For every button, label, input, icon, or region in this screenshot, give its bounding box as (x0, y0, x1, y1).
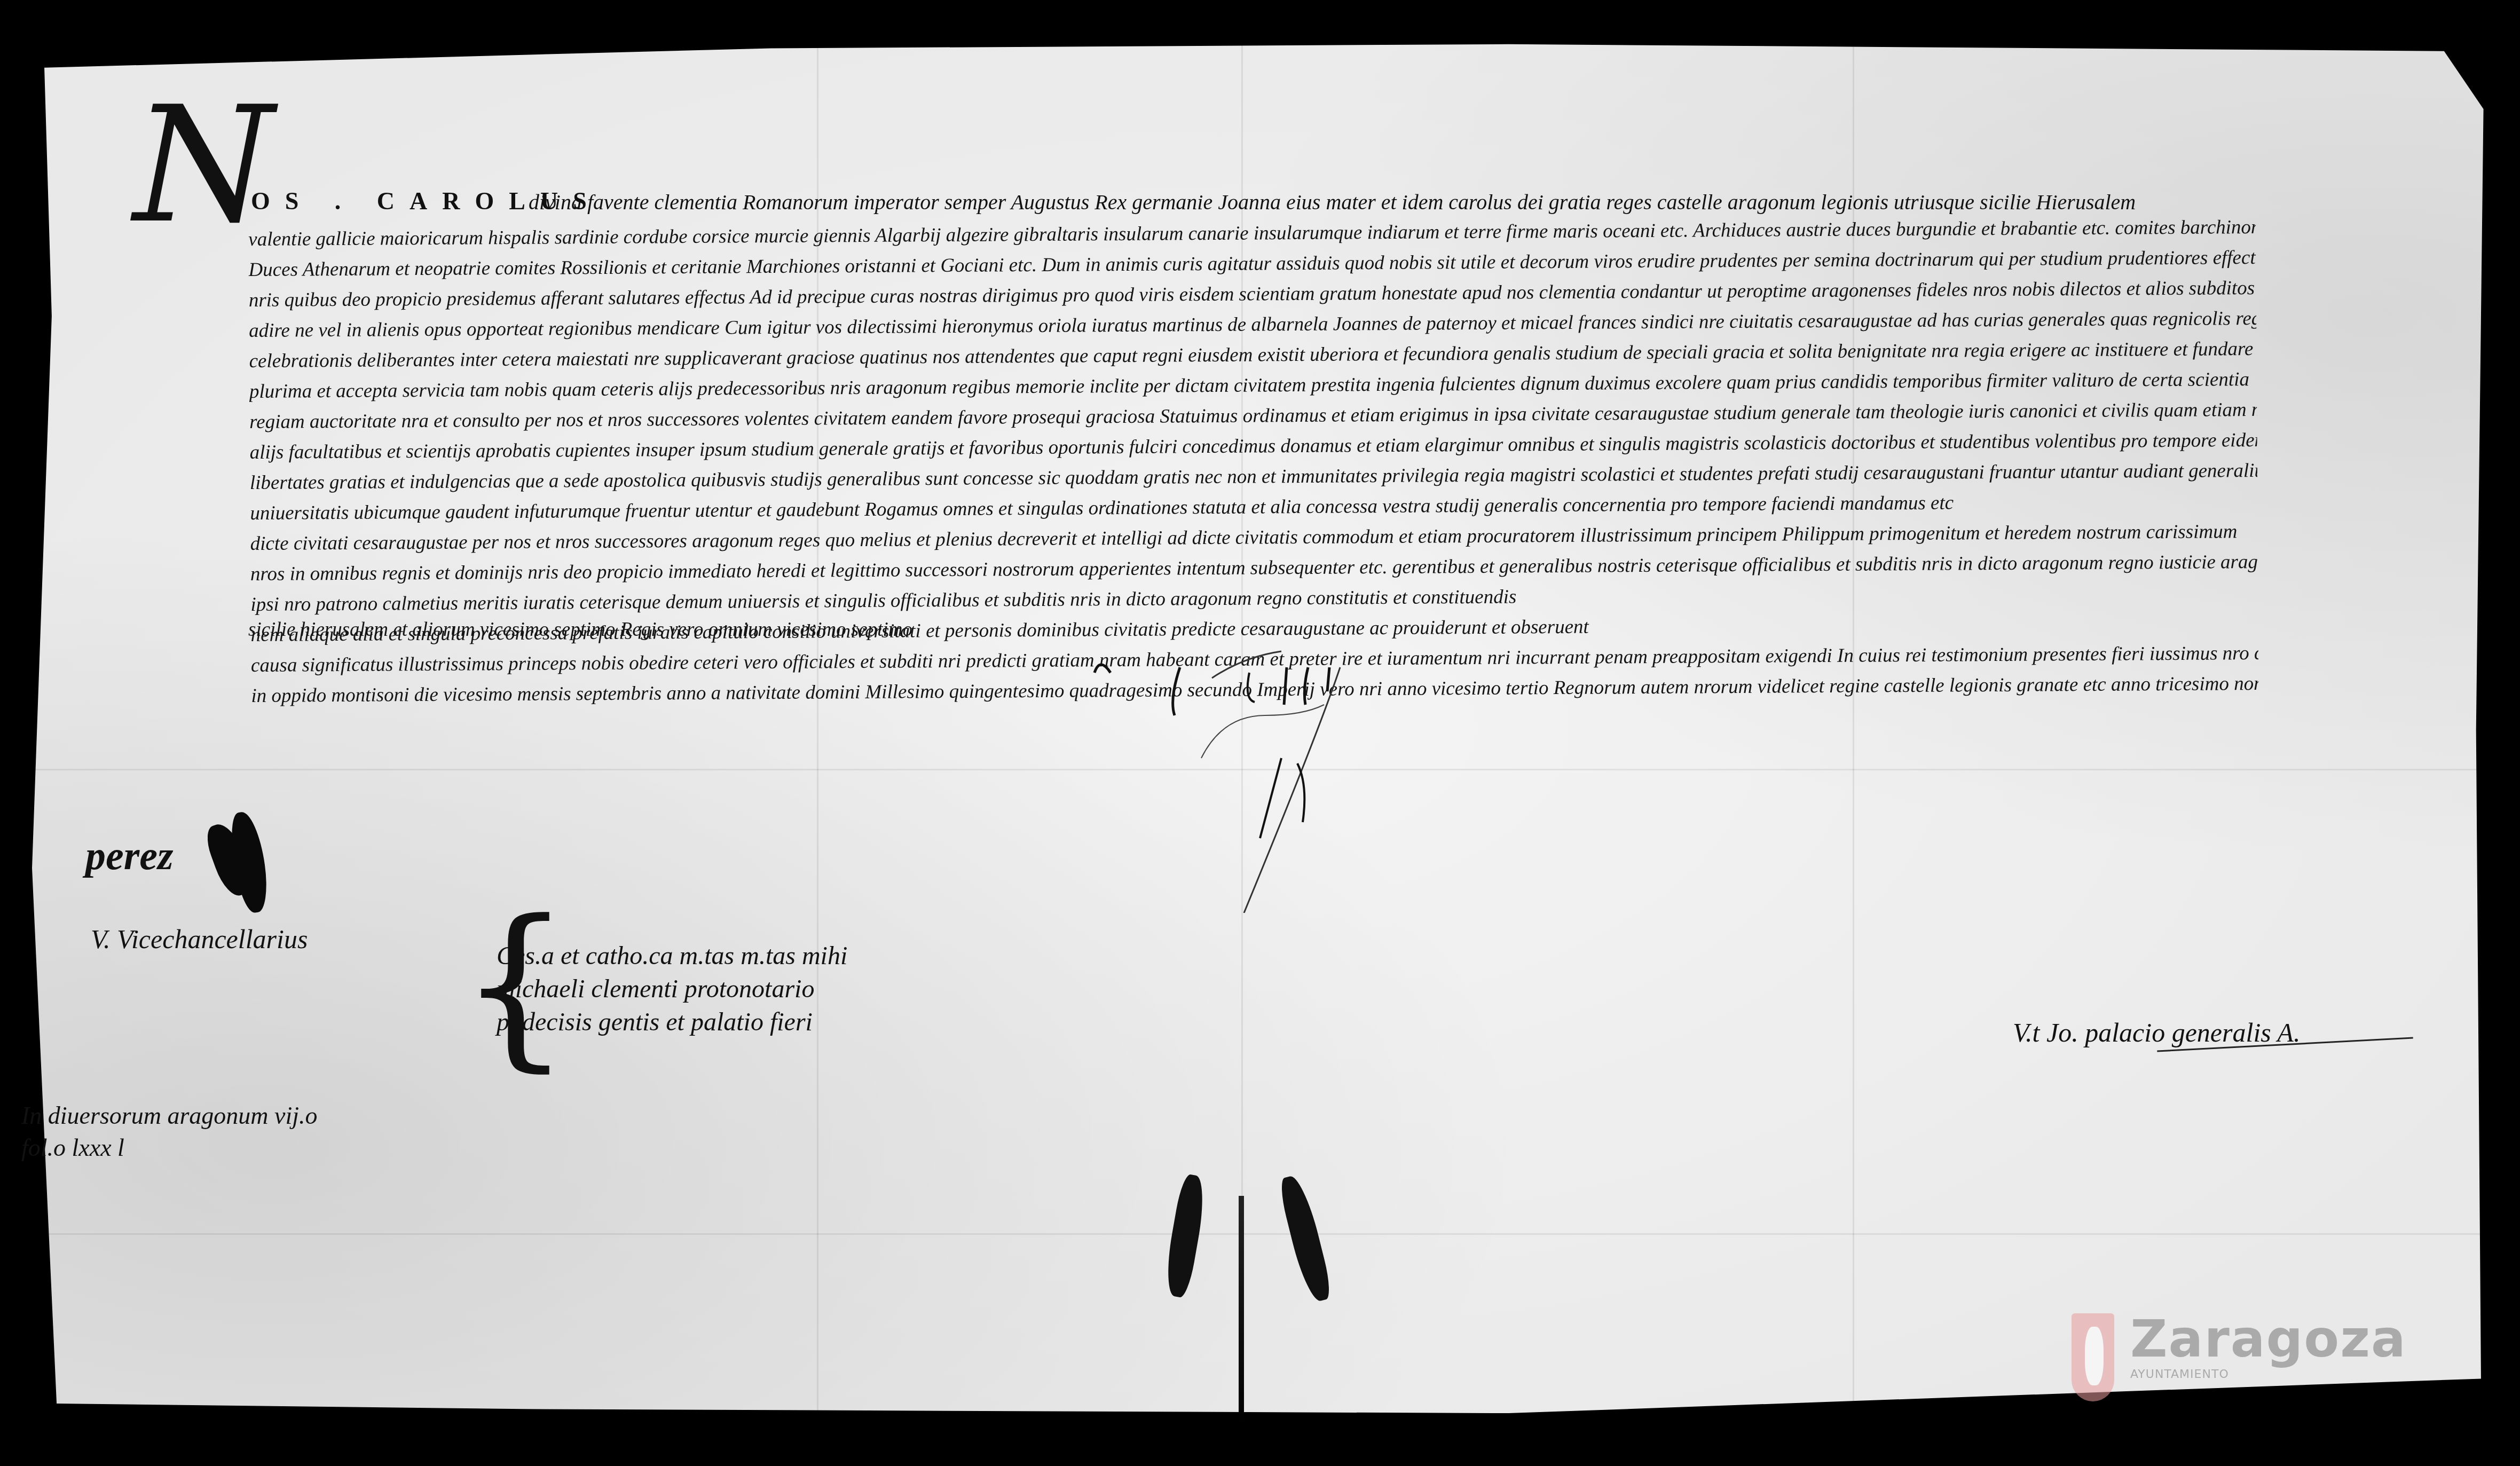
scan-border-right (2488, 0, 2520, 1466)
opening-intitulatio: divina favente clementia Romanorum imper… (529, 190, 2136, 215)
fold-line-horizontal (32, 1233, 2493, 1235)
signature-vicechancellor: V. Vicechancellarius (91, 924, 308, 955)
secretary-line: p. decisis gentis et palatio fieri (497, 1006, 847, 1039)
lion-shield-icon (2072, 1313, 2114, 1401)
seal-cord-center (1239, 1196, 1244, 1425)
registry-note: In diuersorum aragonum vij.o fol.o lxxx … (21, 1100, 318, 1164)
watermark-name: Zaragoza (2130, 1313, 2407, 1365)
signature-perez: perez (85, 833, 174, 879)
scan-border-top (0, 0, 2520, 37)
signature-palacio: V.t Jo. palacio generalis A. (2013, 1017, 2300, 1048)
secretary-subscription: Ces.a et catho.ca m.tas m.tas mihi micha… (497, 940, 847, 1039)
registry-line: In diuersorum aragonum vij.o (21, 1100, 318, 1132)
royal-signature-icon (1073, 635, 1393, 913)
watermark-subtitle: AYUNTAMIENTO (2130, 1368, 2407, 1381)
zaragoza-watermark: Zaragoza AYUNTAMIENTO (2072, 1313, 2407, 1401)
secretary-line: michaeli clementi protonotario (497, 973, 847, 1006)
registry-line: fol.o lxxx l (21, 1132, 318, 1164)
scan-border-left (0, 0, 37, 1466)
closing-line: sicilie hierusalem et aliorum vicesimo s… (248, 618, 912, 641)
royal-signature-flourish (1073, 635, 1393, 916)
scan-border-bottom (0, 1421, 2520, 1466)
secretary-line: Ces.a et catho.ca m.tas m.tas mihi (497, 940, 847, 973)
decorated-initial: N (133, 85, 274, 246)
